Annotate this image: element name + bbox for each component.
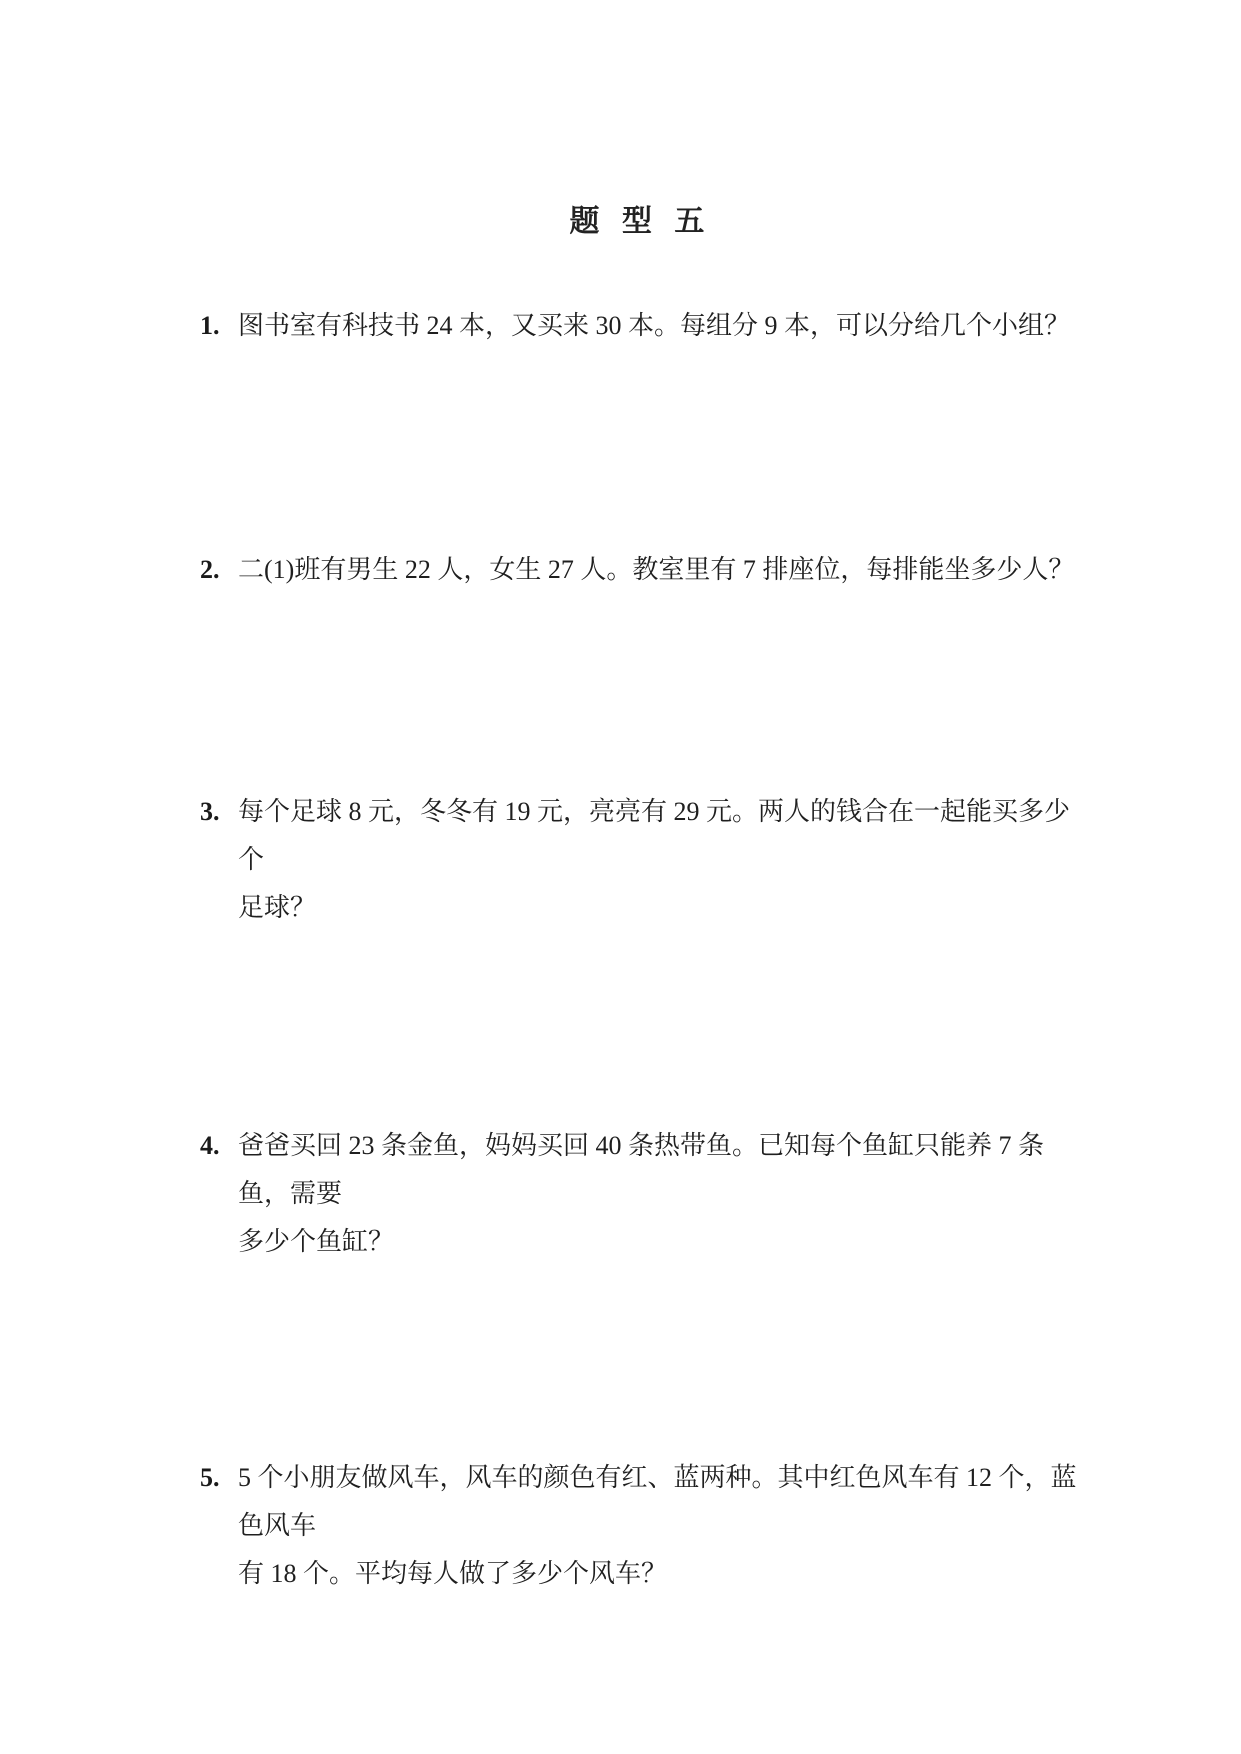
question-3: 3. 每个足球 8 元，冬冬有 19 元，亮亮有 29 元。两人的钱合在一起能买… [200, 788, 1085, 932]
question-2: 2. 二(1)班有男生 22 人，女生 27 人。教室里有 7 排座位，每排能坐… [200, 546, 1085, 594]
question-4-line-2: 多少个鱼缸？ [238, 1218, 1085, 1266]
question-4-text: 爸爸买回 23 条金鱼，妈妈买回 40 条热带鱼。已知每个鱼缸只能养 7 条鱼，… [238, 1122, 1085, 1266]
question-1: 1. 图书室有科技书 24 本，又买来 30 本。每组分 9 本，可以分给几个小… [200, 302, 1085, 350]
question-5: 5. 5 个小朋友做风车，风车的颜色有红、蓝两种。其中红色风车有 12 个，蓝色… [200, 1454, 1085, 1598]
question-3-line-2: 足球？ [238, 884, 1085, 932]
question-3-line-1: 每个足球 8 元，冬冬有 19 元，亮亮有 29 元。两人的钱合在一起能买多少个 [238, 788, 1085, 884]
question-5-number: 5. [200, 1454, 238, 1502]
question-1-number: 1. [200, 302, 238, 350]
question-5-text: 5 个小朋友做风车，风车的颜色有红、蓝两种。其中红色风车有 12 个，蓝色风车 … [238, 1454, 1085, 1598]
question-1-text: 图书室有科技书 24 本，又买来 30 本。每组分 9 本，可以分给几个小组？ [238, 302, 1085, 350]
page-title: 题 型 五 [200, 196, 1080, 240]
question-1-line-1: 图书室有科技书 24 本，又买来 30 本。每组分 9 本，可以分给几个小组？ [238, 302, 1085, 350]
question-4-line-1: 爸爸买回 23 条金鱼，妈妈买回 40 条热带鱼。已知每个鱼缸只能养 7 条鱼，… [238, 1122, 1085, 1218]
question-4-number: 4. [200, 1122, 238, 1170]
question-2-number: 2. [200, 546, 238, 594]
question-4: 4. 爸爸买回 23 条金鱼，妈妈买回 40 条热带鱼。已知每个鱼缸只能养 7 … [200, 1122, 1085, 1266]
question-2-line-1: 二(1)班有男生 22 人，女生 27 人。教室里有 7 排座位，每排能坐多少人… [238, 546, 1085, 594]
question-2-text: 二(1)班有男生 22 人，女生 27 人。教室里有 7 排座位，每排能坐多少人… [238, 546, 1085, 594]
document-page: 题 型 五 1. 图书室有科技书 24 本，又买来 30 本。每组分 9 本，可… [0, 0, 1241, 1754]
question-5-line-2: 有 18 个。平均每人做了多少个风车？ [238, 1550, 1085, 1598]
question-3-text: 每个足球 8 元，冬冬有 19 元，亮亮有 29 元。两人的钱合在一起能买多少个… [238, 788, 1085, 932]
question-3-number: 3. [200, 788, 238, 836]
question-5-line-1: 5 个小朋友做风车，风车的颜色有红、蓝两种。其中红色风车有 12 个，蓝色风车 [238, 1454, 1085, 1550]
